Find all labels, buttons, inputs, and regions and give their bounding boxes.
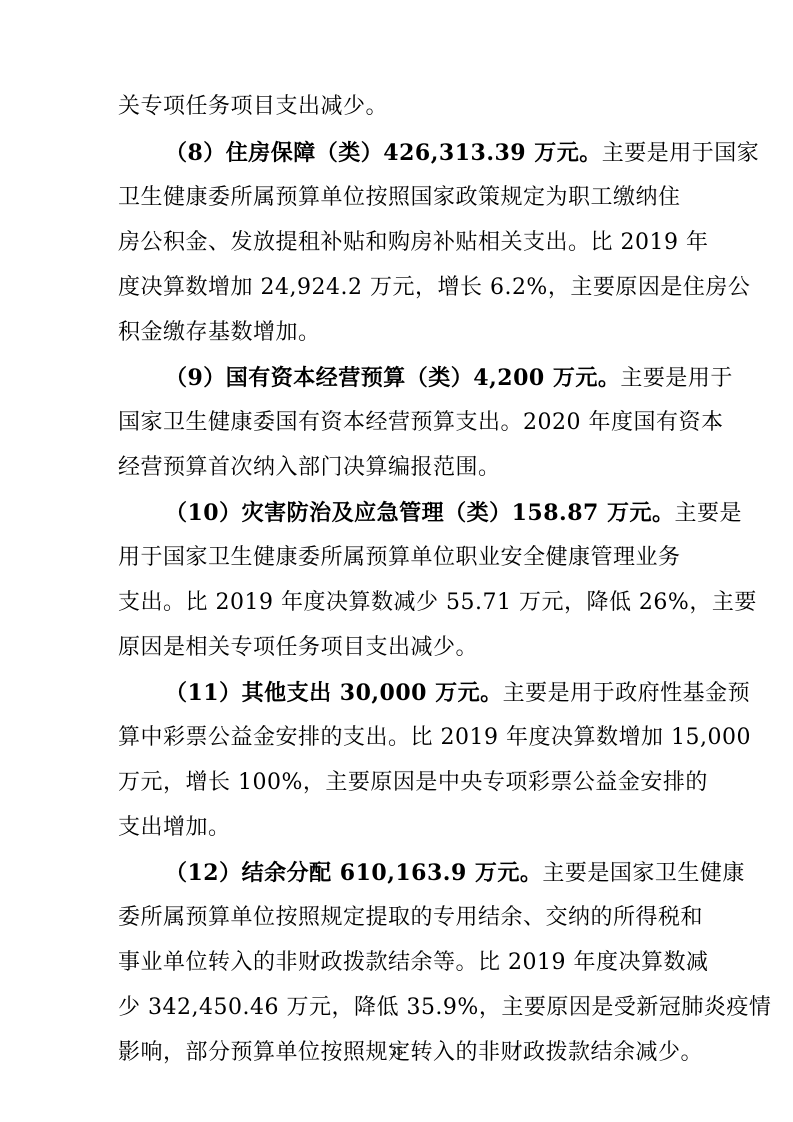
paragraph-text: 主要是用于 — [620, 366, 733, 391]
paragraph-text: 主要是用于国家 — [602, 141, 760, 166]
paragraph-text: 主要是国家卫生健康 — [542, 861, 745, 886]
paragraph-line: 算中彩票公益金安排的支出。比 2019 年度决算数增加 15,000 — [118, 723, 674, 753]
paragraph-line: 支出。比 2019 年度决算数减少 55.71 万元，降低 26%，主要 — [118, 588, 674, 618]
paragraph-line: 原因是相关专项任务项目支出减少。 — [118, 633, 674, 663]
paragraph-heading-line: （9）国有资本经营预算（类）4,200 万元。主要是用于 — [165, 363, 674, 393]
paragraph-line: 万元，增长 100%，主要原因是中央专项彩票公益金安排的 — [118, 768, 674, 798]
paragraph-text: 主要是 — [674, 501, 742, 526]
paragraph-heading-line: （10）灾害防治及应急管理（类）158.87 万元。主要是 — [165, 498, 674, 528]
paragraph-line: 度决算数增加 24,924.2 万元，增长 6.2%，主要原因是住房公 — [118, 273, 674, 303]
paragraph-line: 卫生健康委所属预算单位按照国家政策规定为职工缴纳住 — [118, 183, 674, 213]
paragraph-line: 用于国家卫生健康委所属预算单位职业安全健康管理业务 — [118, 543, 674, 573]
paragraph-line: 委所属预算单位按照规定提取的专用结余、交纳的所得税和 — [118, 903, 674, 933]
paragraph-line: 积金缴存基数增加。 — [118, 318, 674, 348]
paragraph-heading-line: （8）住房保障（类）426,313.39 万元。主要是用于国家 — [165, 138, 674, 168]
paragraph-heading-line: （11）其他支出 30,000 万元。主要是用于政府性基金预 — [165, 678, 674, 708]
section-heading-surplus: （12）结余分配 610,163.9 万元。 — [165, 860, 542, 886]
paragraph-heading-line: （12）结余分配 610,163.9 万元。主要是国家卫生健康 — [165, 858, 674, 888]
page-number: 35 — [0, 1043, 793, 1059]
section-heading-state-capital: （9）国有资本经营预算（类）4,200 万元。 — [165, 365, 620, 391]
paragraph-line: 少 342,450.46 万元，降低 35.9%，主要原因是受新冠肺炎疫情 — [118, 993, 674, 1023]
paragraph-line: 支出增加。 — [118, 813, 674, 843]
section-heading-other: （11）其他支出 30,000 万元。 — [165, 680, 503, 706]
paragraph-line: 房公积金、发放提租补贴和购房补贴相关支出。比 2019 年 — [118, 228, 674, 258]
paragraph-text: 主要是用于政府性基金预 — [503, 681, 751, 706]
section-heading-disaster: （10）灾害防治及应急管理（类）158.87 万元。 — [165, 500, 674, 526]
document-page: 关专项任务项目支出减少。 （8）住房保障（类）426,313.39 万元。主要是… — [0, 0, 793, 1122]
paragraph-line: 关专项任务项目支出减少。 — [118, 92, 674, 122]
paragraph-line: 国家卫生健康委国有资本经营预算支出。2020 年度国有资本 — [118, 408, 674, 438]
section-heading-housing: （8）住房保障（类）426,313.39 万元。 — [165, 140, 602, 166]
paragraph-line: 事业单位转入的非财政拨款结余等。比 2019 年度决算数减 — [118, 948, 674, 978]
paragraph-line: 经营预算首次纳入部门决算编报范围。 — [118, 453, 674, 483]
